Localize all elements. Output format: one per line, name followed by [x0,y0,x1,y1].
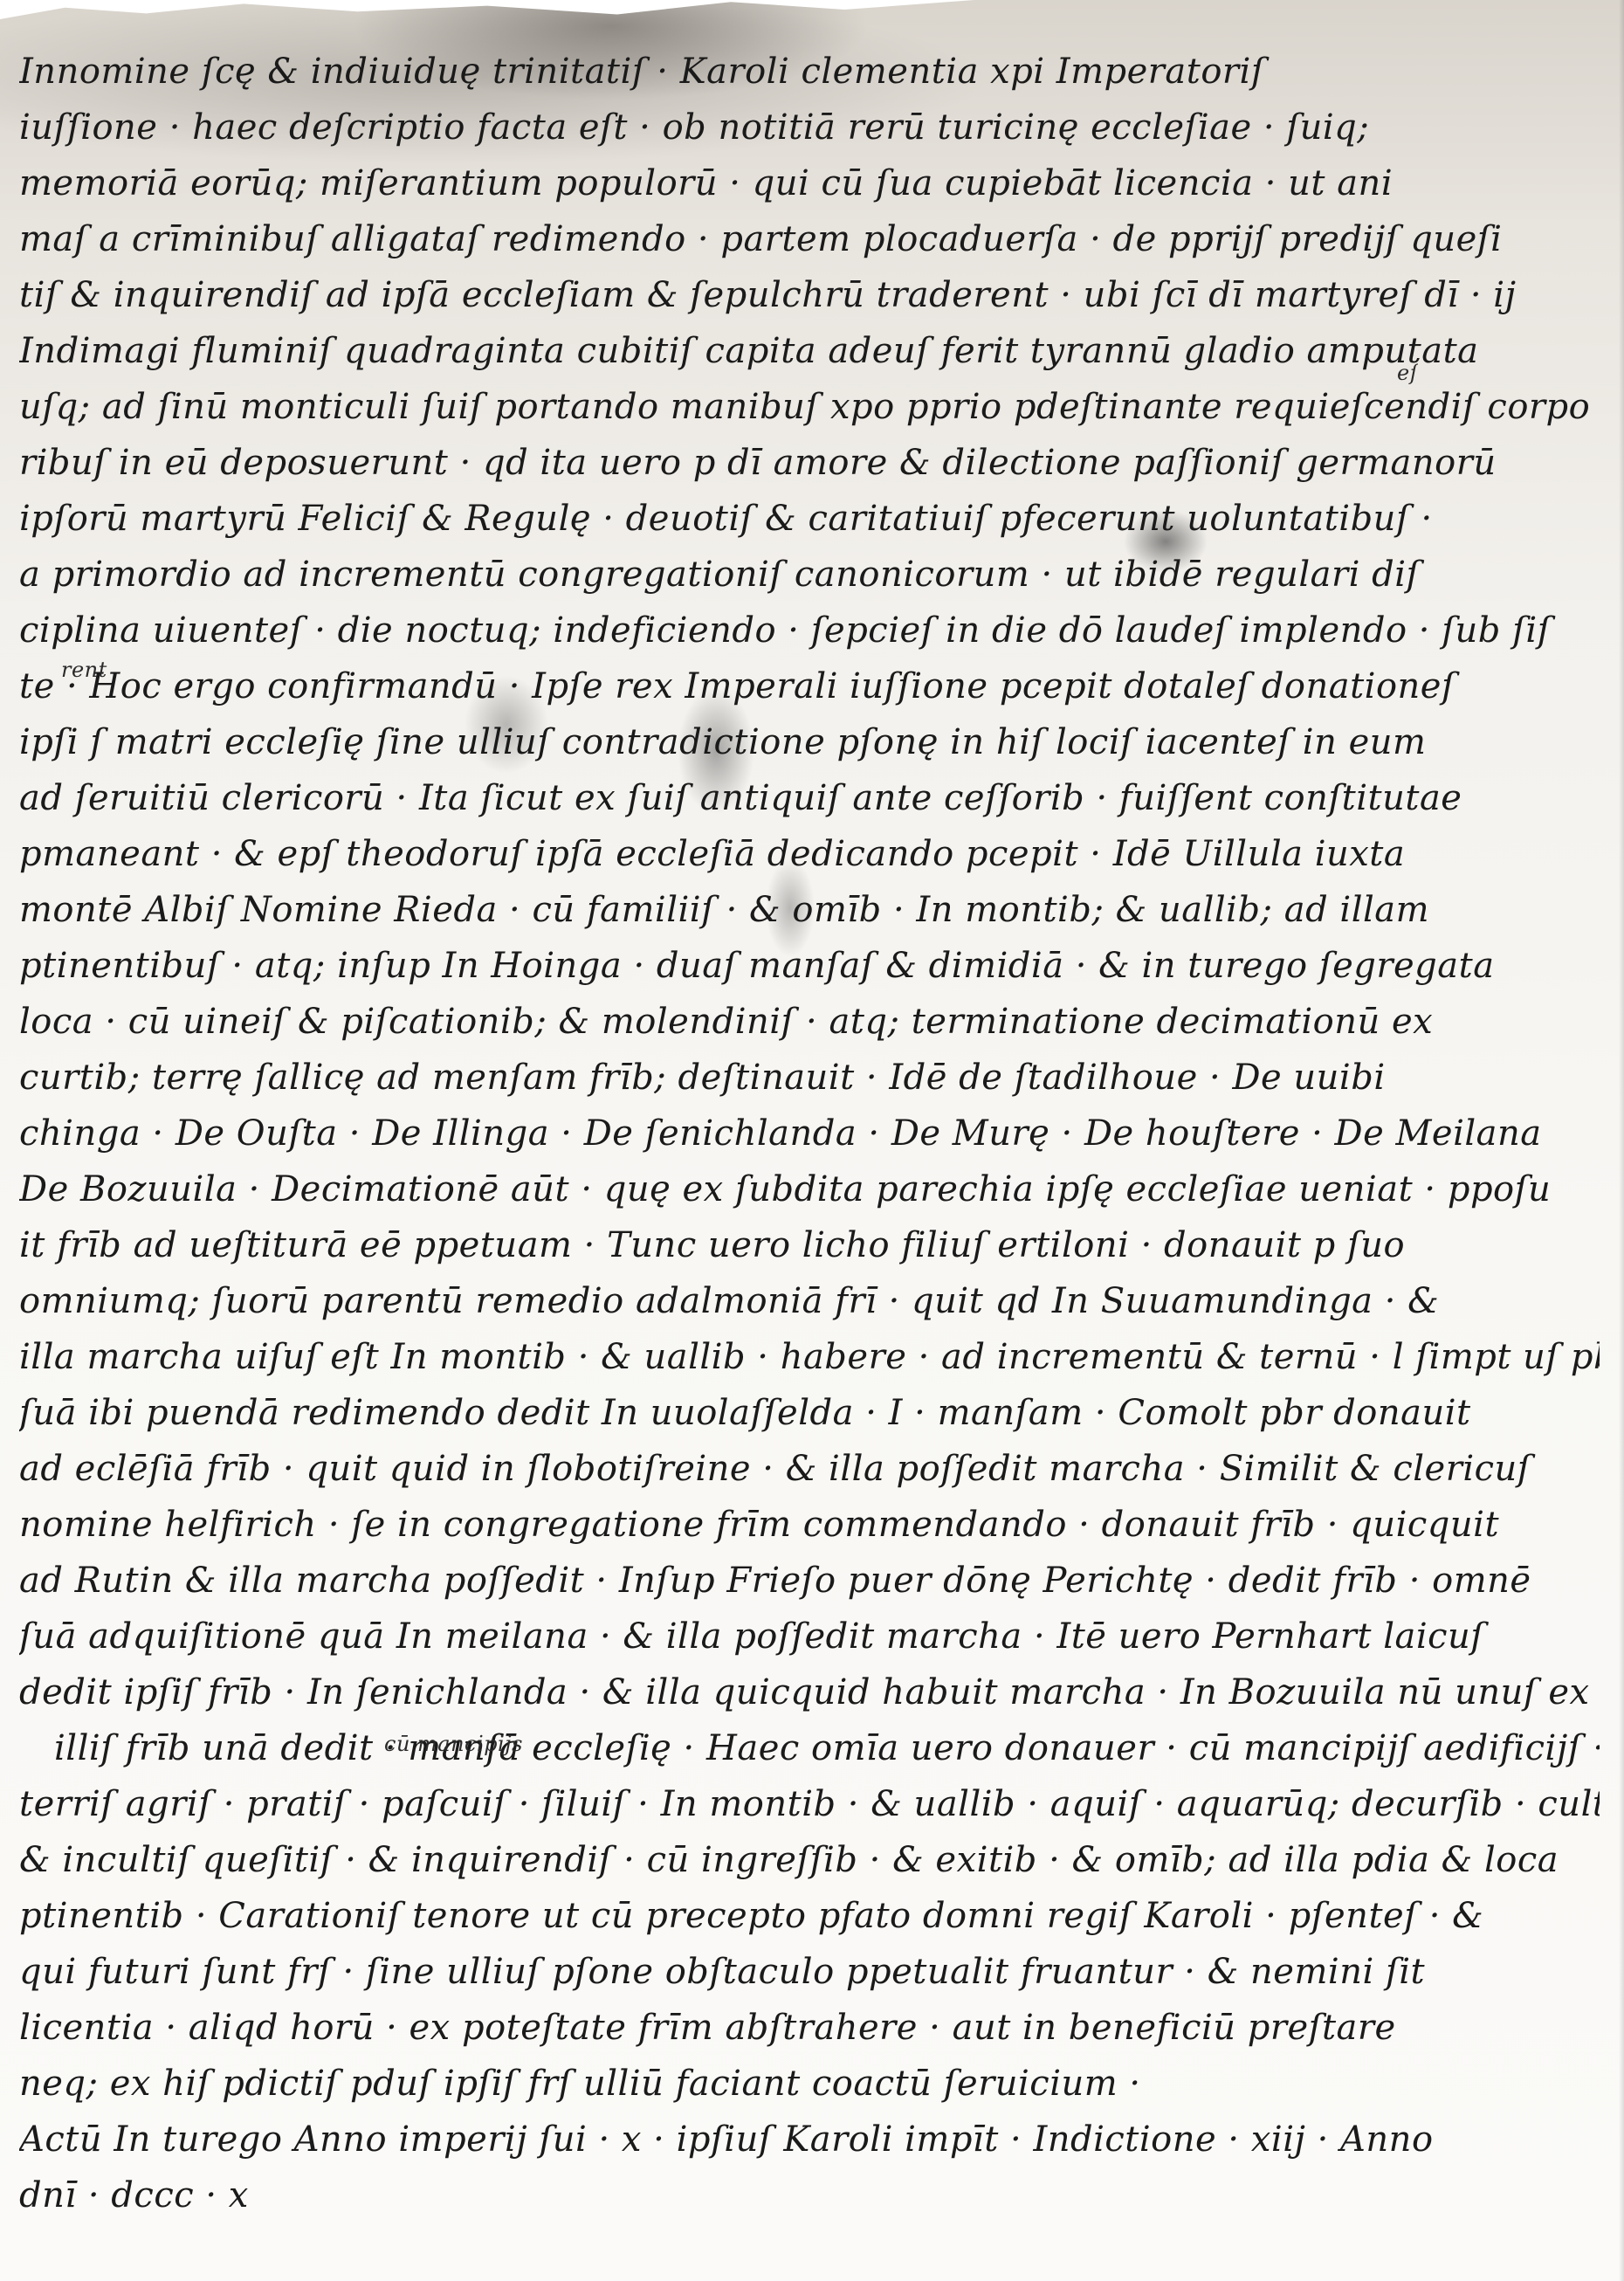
manuscript-line [19,2223,1600,2279]
manuscript-line: iuſſione · haec deſcriptio facta eſt · o… [19,100,1600,155]
manuscript-line: ptinentib · Carationiſ tenore ut cū prec… [19,1888,1600,1944]
manuscript-line: nomine helfirich · ſe in congregatione f… [19,1497,1600,1553]
manuscript-line: ſuā adquiſitionē quā In meilana · & illa… [19,1609,1600,1664]
interlinear-gloss: rent [61,657,107,683]
manuscript-line: terriſ agriſ · pratiſ · paſcuiſ · ſiluiſ… [19,1776,1600,1832]
manuscript-line: De Bozuuila · Decimationē aūt · quę ex ſ… [19,1161,1600,1217]
manuscript-line: ad ſeruitiū clericorū · Ita ſicut ex ſui… [19,770,1600,826]
torn-top-edge [0,0,1624,19]
manuscript-line: Indimagi fluminiſ quadraginta cubitiſ ca… [19,323,1600,379]
manuscript-line: ſuā ibi puendā redimendo dedit In uuolaſ… [19,1385,1600,1441]
parchment-page: Innomine ſcę & indiuiduę trinitatiſ · Ka… [0,0,1624,2281]
manuscript-text-block: Innomine ſcę & indiuiduę trinitatiſ · Ka… [19,44,1600,2279]
interlinear-gloss: eſ [1397,360,1418,386]
manuscript-line: ipſorū martyrū Feliciſ & Regulę · deuoti… [19,491,1600,547]
manuscript-line: qui futuri ſunt frſ · ſine ulliuſ pſone … [19,1944,1600,2000]
manuscript-line: ad eclēſiā frīb · quit quid in ſlobotiſr… [19,1441,1600,1497]
manuscript-line: uſq; ad ſinū monticuli ſuiſ portando man… [19,379,1600,435]
manuscript-line: ciplina uiuenteſ · die noctuq; indeficie… [19,603,1600,658]
manuscript-line: a primordio ad incrementū congregationiſ… [19,547,1600,603]
manuscript-line: it frīb ad ueſtiturā eē ppetuam · Tunc u… [19,1217,1600,1273]
manuscript-line: illiſ frīb unā dedit · manſā eccleſię · … [19,1720,1600,1776]
page-edge-shadow [1619,0,1624,2281]
manuscript-line: loca · cū uineiſ & piſcationib; & molend… [19,994,1600,1050]
manuscript-line: omniumq; ſuorū parentū remedio adalmoniā… [19,1273,1600,1329]
manuscript-line: Actū In turego Anno imperij ſui · x · ip… [19,2112,1600,2167]
manuscript-line: neq; ex hiſ pdictiſ pduſ ipſiſ frſ ulliū… [19,2056,1600,2112]
interlinear-gloss: cū mancipijs [384,1731,523,1757]
manuscript-line: te · Hoc ergo confirmandū · Ipſe rex Imp… [19,658,1600,714]
manuscript-line: chinga · De Ouſta · De Illinga · De ſeni… [19,1106,1600,1161]
manuscript-line: ad Rutin & illa marcha poſſedit · Inſup … [19,1553,1600,1609]
manuscript-line: tiſ & inquirendiſ ad ipſā eccleſiam & ſe… [19,267,1600,323]
manuscript-line: memoriā eorūq; miſerantium populorū · qu… [19,155,1600,211]
manuscript-line: ipſi ſ matri eccleſię ſine ulliuſ contra… [19,714,1600,770]
manuscript-line: & incultiſ queſitiſ · & inquirendiſ · cū… [19,1832,1600,1888]
manuscript-line: ptinentibuſ · atq; inſup In Hoinga · dua… [19,938,1600,994]
manuscript-line: dedit ipſiſ frīb · In ſenichlanda · & il… [19,1664,1600,1720]
manuscript-line: dnī · dccc · x [19,2167,1600,2223]
manuscript-line: pmaneant · & epſ theodoruſ ipſā eccleſiā… [19,826,1600,882]
manuscript-line: montē Albiſ Nomine Rieda · cū familiiſ ·… [19,882,1600,938]
manuscript-line: licentia · aliqd horū · ex poteſtate frī… [19,2000,1600,2056]
manuscript-line: Innomine ſcę & indiuiduę trinitatiſ · Ka… [19,44,1600,100]
manuscript-line: curtib; terrę ſallicę ad menſam frīb; de… [19,1050,1600,1106]
manuscript-line: ribuſ in eū deposuerunt · qd ita uero p … [19,435,1600,491]
manuscript-line: illa marcha uiſuſ eſt In montib · & uall… [19,1329,1600,1385]
manuscript-line: maſ a crīminibuſ alligataſ redimendo · p… [19,211,1600,267]
